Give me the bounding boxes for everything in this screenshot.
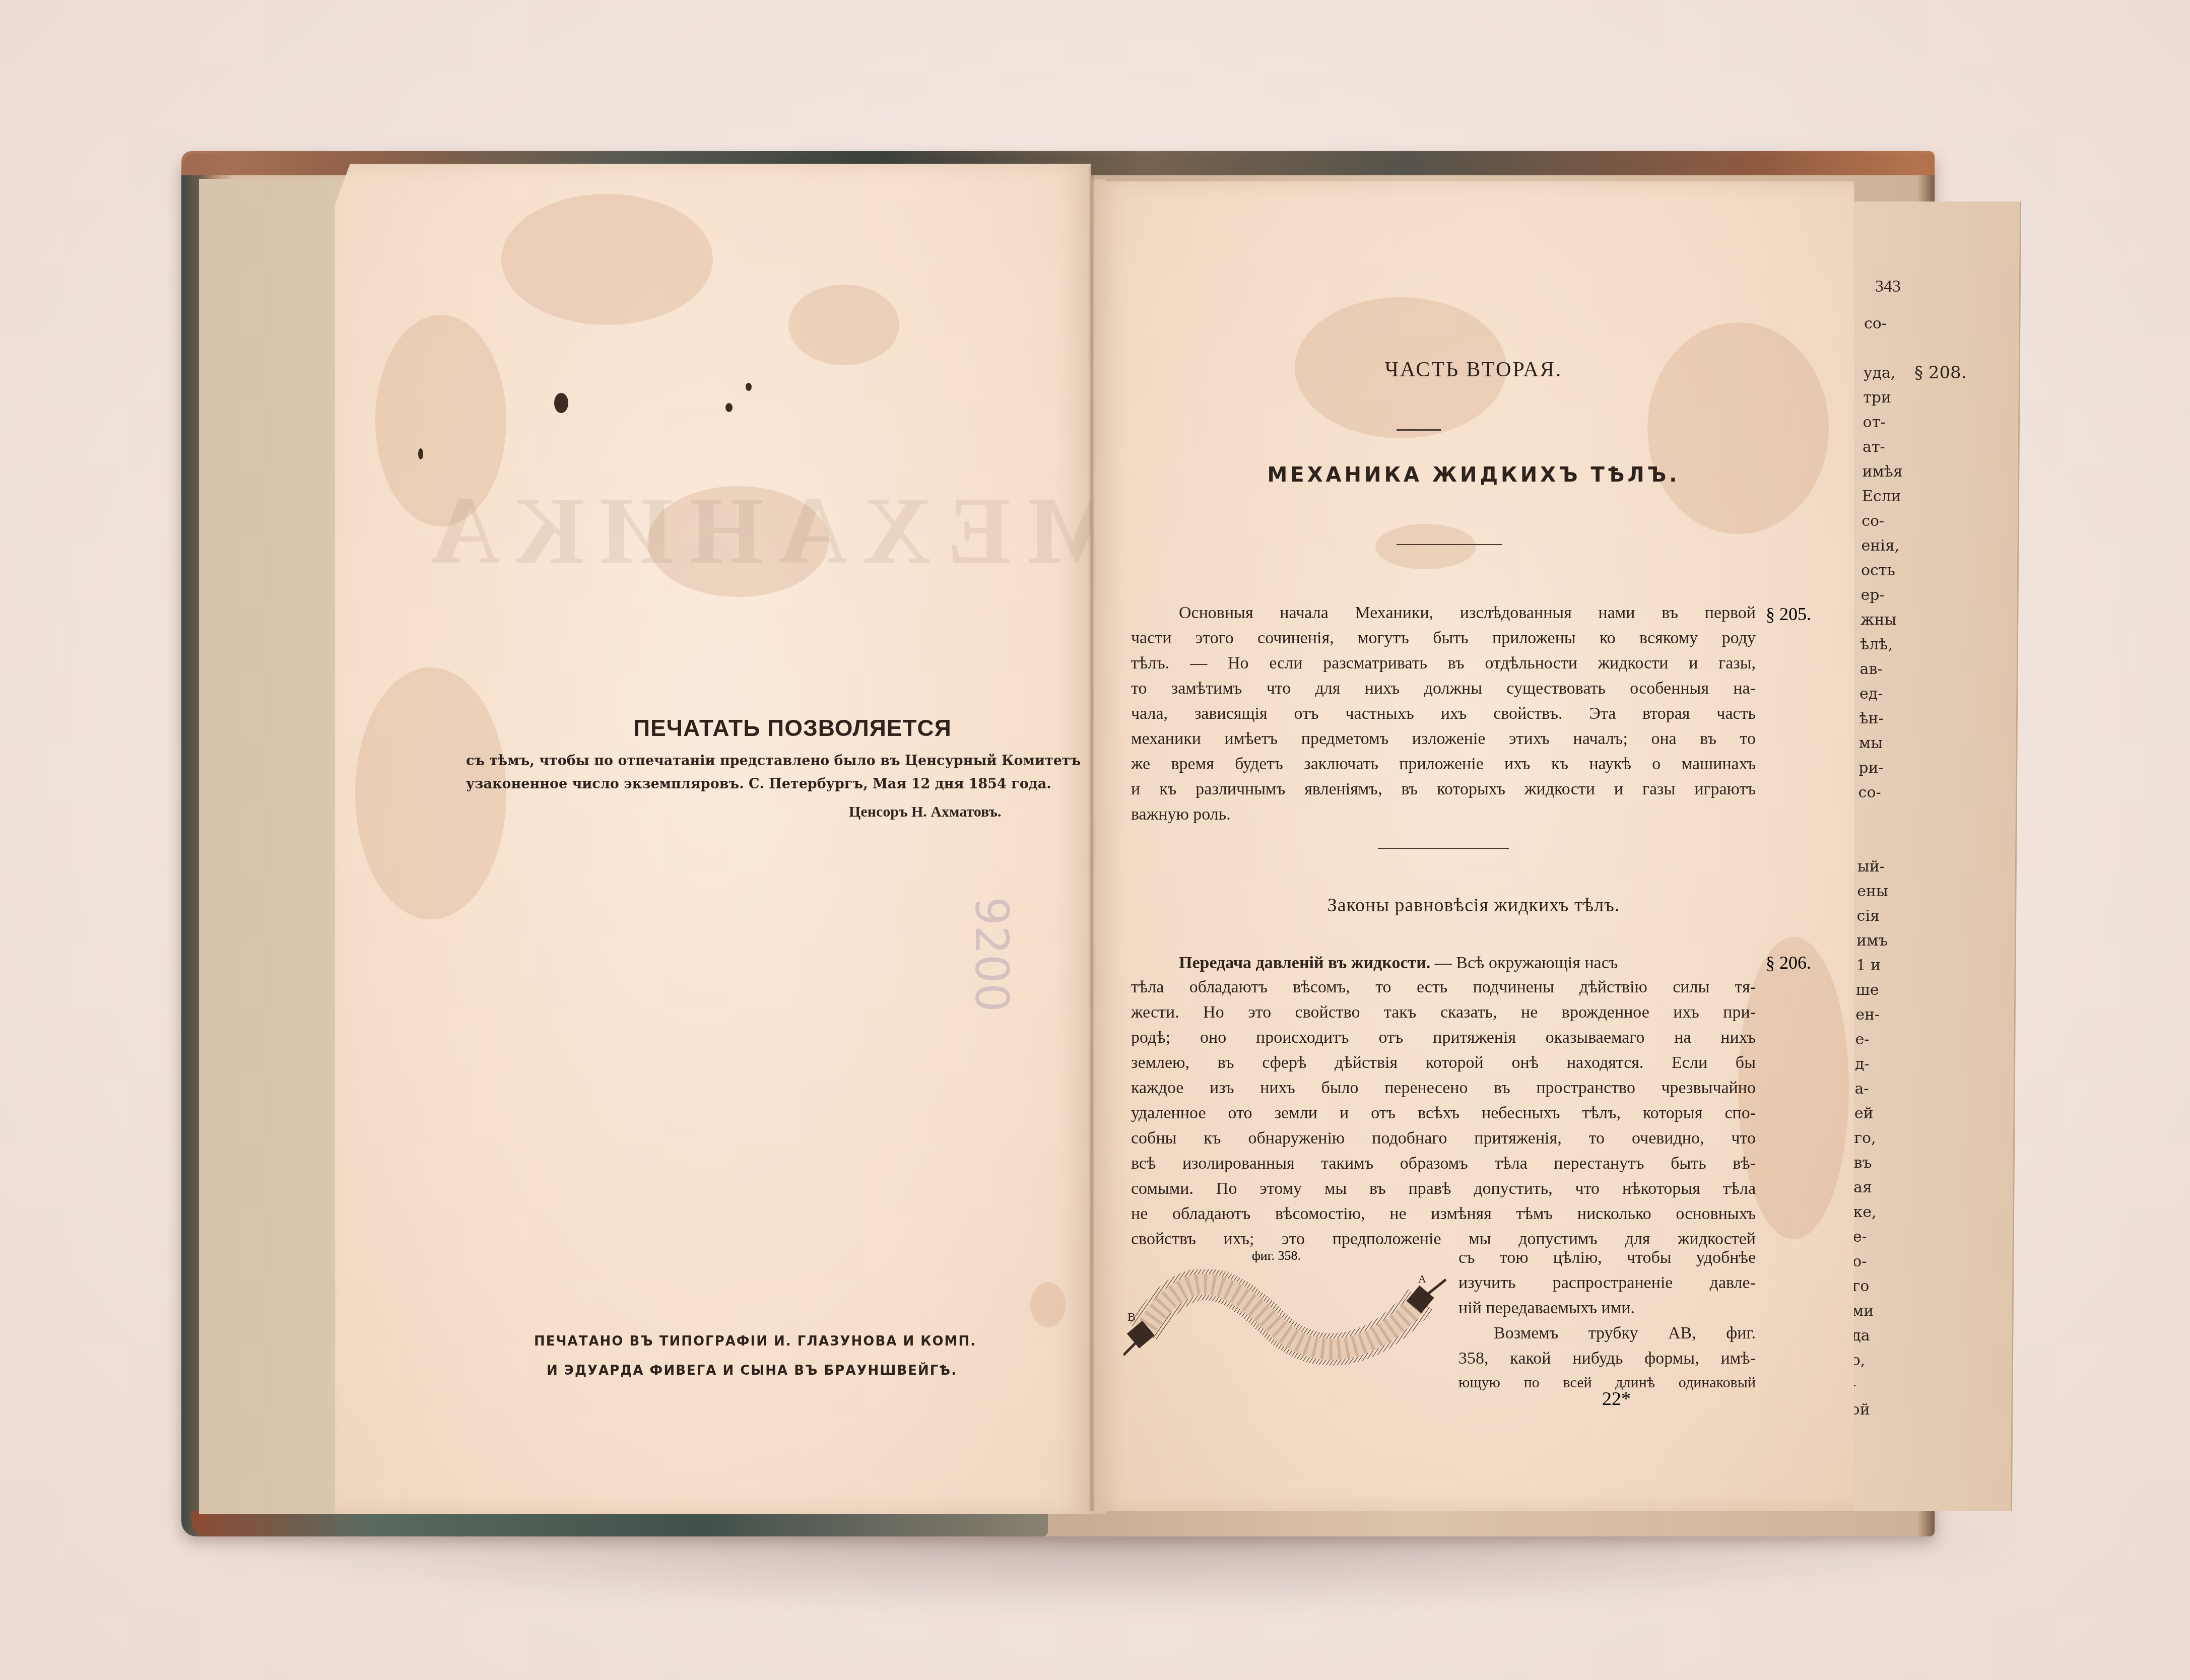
censor-permission-title: ПЕЧАТАТЬ ПОЗВОЛЯЕТСЯ <box>633 714 952 742</box>
figure-point-b: B <box>1127 1311 1136 1324</box>
underlying-page-fragment: ая <box>1853 1179 1872 1196</box>
text-line: чала, зависящія отъ частныхъ ихъ свойств… <box>1131 705 1756 722</box>
underlying-page-fragment: д- <box>1855 1055 1870 1073</box>
signature-mark: 22* <box>1602 1388 1631 1410</box>
text-line: каждое изъ нихъ было перенесено въ прост… <box>1131 1080 1756 1097</box>
book-cover-bottom-edge <box>191 1511 1048 1536</box>
underlying-page-fragment: Если <box>1862 488 1901 505</box>
paragraph-mark-205: § 205. <box>1766 603 1811 625</box>
ink-spot <box>746 383 752 391</box>
censor-line-2: узаконенное число экземпляровъ. С. Петер… <box>466 776 1051 792</box>
tube-figure-illustration: B A <box>1123 1269 1456 1370</box>
underlying-page-fragment: ер- <box>1861 586 1884 604</box>
ink-spot <box>554 393 568 413</box>
underlying-page-fragment: ость <box>1861 562 1895 579</box>
part-title: ЧАСТЬ ВТОРАЯ. <box>1093 358 1854 382</box>
underlying-page-fragment: ен- <box>1855 1006 1880 1024</box>
underlying-page-fragment: ей <box>1854 1105 1874 1122</box>
text-line: тѣла обладаютъ вѣсомъ, то есть подчинены… <box>1131 979 1756 996</box>
text-line: тѣлъ. — Но если разсматривать въ отдѣльн… <box>1131 655 1756 672</box>
underlying-page-fragment: е- <box>1855 1031 1870 1048</box>
underlying-page-fragment: ед- <box>1860 685 1883 703</box>
underlying-page-fragment: со- <box>1862 512 1884 530</box>
text-line: ній передаваемыхъ ими. <box>1458 1300 1756 1317</box>
text-line: удаленное ото земли и отъ всѣхъ небесных… <box>1131 1105 1756 1122</box>
underlying-page-fragment: жны <box>1861 611 1896 629</box>
section-rule <box>1378 848 1509 849</box>
underlying-page-fragment: ке, <box>1853 1203 1876 1221</box>
censor-line-1: съ тѣмъ, чтобы по отпечатаніи представле… <box>466 753 1081 769</box>
underlying-page-fragment: со- <box>1864 315 1887 332</box>
underlying-paragraph-mark: § 208. <box>1914 363 1967 383</box>
underlying-page-fragment: со- <box>1859 784 1881 801</box>
underlying-page-fragment: ше <box>1856 981 1879 999</box>
ink-spot <box>725 403 733 412</box>
underlying-page-fragment: енія, <box>1862 537 1900 555</box>
text-line: Основныя начала Механики, изслѣдованныя … <box>1131 604 1756 622</box>
show-through-title: МЕХАНИКА <box>416 476 1116 586</box>
underlying-page-fragment: да <box>1851 1327 1870 1345</box>
text-line: съ тою цѣлію, чтобы удобнѣе <box>1458 1249 1756 1266</box>
text-line: всѣ изолированныя такимъ образомъ тѣла п… <box>1131 1155 1756 1172</box>
underlying-page-fragment: ав- <box>1860 660 1883 678</box>
underlying-page-fragment: ми <box>1852 1302 1874 1320</box>
underlying-page-fragment: 1 и <box>1856 957 1881 974</box>
text-line: же время будетъ заключать приложеніе ихъ… <box>1131 756 1756 773</box>
underlying-page-fragment: имѣя <box>1862 463 1902 481</box>
text-line: сомыми. По этому мы въ правѣ допустить, … <box>1131 1180 1756 1197</box>
text-line: то замѣтимъ что для нихъ должны существо… <box>1131 680 1756 697</box>
underlying-page-fragment: ри- <box>1859 759 1883 777</box>
text-line: не обладаютъ вѣсомостію, не измѣняя тѣмъ… <box>1131 1205 1756 1223</box>
underlying-page-fragment: ѣлѣ, <box>1860 636 1893 653</box>
underlying-page-fragment: три <box>1863 389 1891 407</box>
underlying-page-fragment: ый- <box>1857 858 1885 876</box>
imprint-line-2: И ЭДУАРДА ФИВЕГА И СЫНА ВЪ БРАУНШВЕЙГѢ. <box>547 1363 957 1378</box>
figure-label: фиг. 358. <box>1252 1248 1301 1263</box>
imprint-line-1: ПЕЧАТАНО ВЪ ТИПОГРАФІИ И. ГЛАЗУНОВА И КО… <box>534 1334 976 1349</box>
inventory-number-stamp: 9200 <box>965 897 1018 1012</box>
subheading: Законы равновѣсія жидкихъ тѣлъ. <box>1093 894 1854 916</box>
left-page: МЕХАНИКА <box>335 164 1091 1514</box>
title-rule-1 <box>1398 429 1441 431</box>
underlying-page-fragment: а- <box>1854 1080 1869 1098</box>
text-line: важную роль. <box>1131 806 1756 823</box>
paragraph-206-first-line: Передача давленій въ жидкости. — Всѣ окр… <box>1179 954 1618 973</box>
underlying-page-fragment: ены <box>1857 883 1888 900</box>
underlying-page-fragment: въ <box>1854 1154 1872 1172</box>
underlying-page-fragment: го, <box>1854 1129 1876 1147</box>
underlying-page-fragment: го <box>1852 1278 1870 1295</box>
text-line: жести. Но это свойство такъ сказать, не … <box>1131 1004 1756 1021</box>
text-line: и къ различнымъ явленіямъ, въ которыхъ ж… <box>1131 781 1756 798</box>
text-line: 358, какой нибудь формы, имѣ- <box>1458 1350 1756 1367</box>
ink-spot <box>418 448 423 459</box>
underlying-page-fragment: имъ <box>1856 932 1888 950</box>
title-rule-2 <box>1397 544 1502 545</box>
paragraph-mark-206: § 206. <box>1766 952 1811 973</box>
text-line: Возмемъ трубку AB, фиг. <box>1458 1325 1756 1342</box>
underlying-page-fragment: ѣн- <box>1859 710 1883 727</box>
underlying-page-fragment: е- <box>1853 1228 1867 1246</box>
underlying-page-fragment: от- <box>1863 414 1886 431</box>
underlying-page-fragment: уда, <box>1864 364 1896 382</box>
text-line: механики имѣетъ предметомъ изложеніе эти… <box>1131 730 1756 748</box>
text-line: изучить распространеніе давле- <box>1458 1274 1756 1292</box>
underlying-page-fragment: о- <box>1852 1253 1867 1270</box>
underlying-page-fragment: сія <box>1857 907 1880 925</box>
text-line: землею, въ сферѣ дѣйствія которой онѣ на… <box>1131 1054 1756 1071</box>
underlying-page-fragment: ат- <box>1863 438 1885 456</box>
text-line: части этого сочиненія, могутъ быть прило… <box>1131 630 1756 647</box>
text-line: собны къ обнаруженію подобнаго притяжені… <box>1131 1130 1756 1147</box>
paragraph-206-lead: Передача давленій въ жидкости. <box>1179 954 1430 972</box>
figure-point-a: A <box>1418 1272 1426 1285</box>
underlying-page-fragment: мы <box>1859 734 1883 752</box>
text-line: свойствъ ихъ; это предположеніе мы допус… <box>1131 1231 1756 1248</box>
text-line: родѣ; оно происходитъ отъ притяженія ока… <box>1131 1029 1756 1046</box>
paragraph-206-first-line-rest: — Всѣ окружающія насъ <box>1430 954 1618 972</box>
section-title: МЕХАНИКА ЖИДКИХЪ ТѢЛЪ. <box>1093 463 1854 487</box>
underlying-page-number: 343 <box>1875 277 1901 296</box>
censor-signature: Ценсоръ Н. Ахматовъ. <box>849 803 1001 821</box>
